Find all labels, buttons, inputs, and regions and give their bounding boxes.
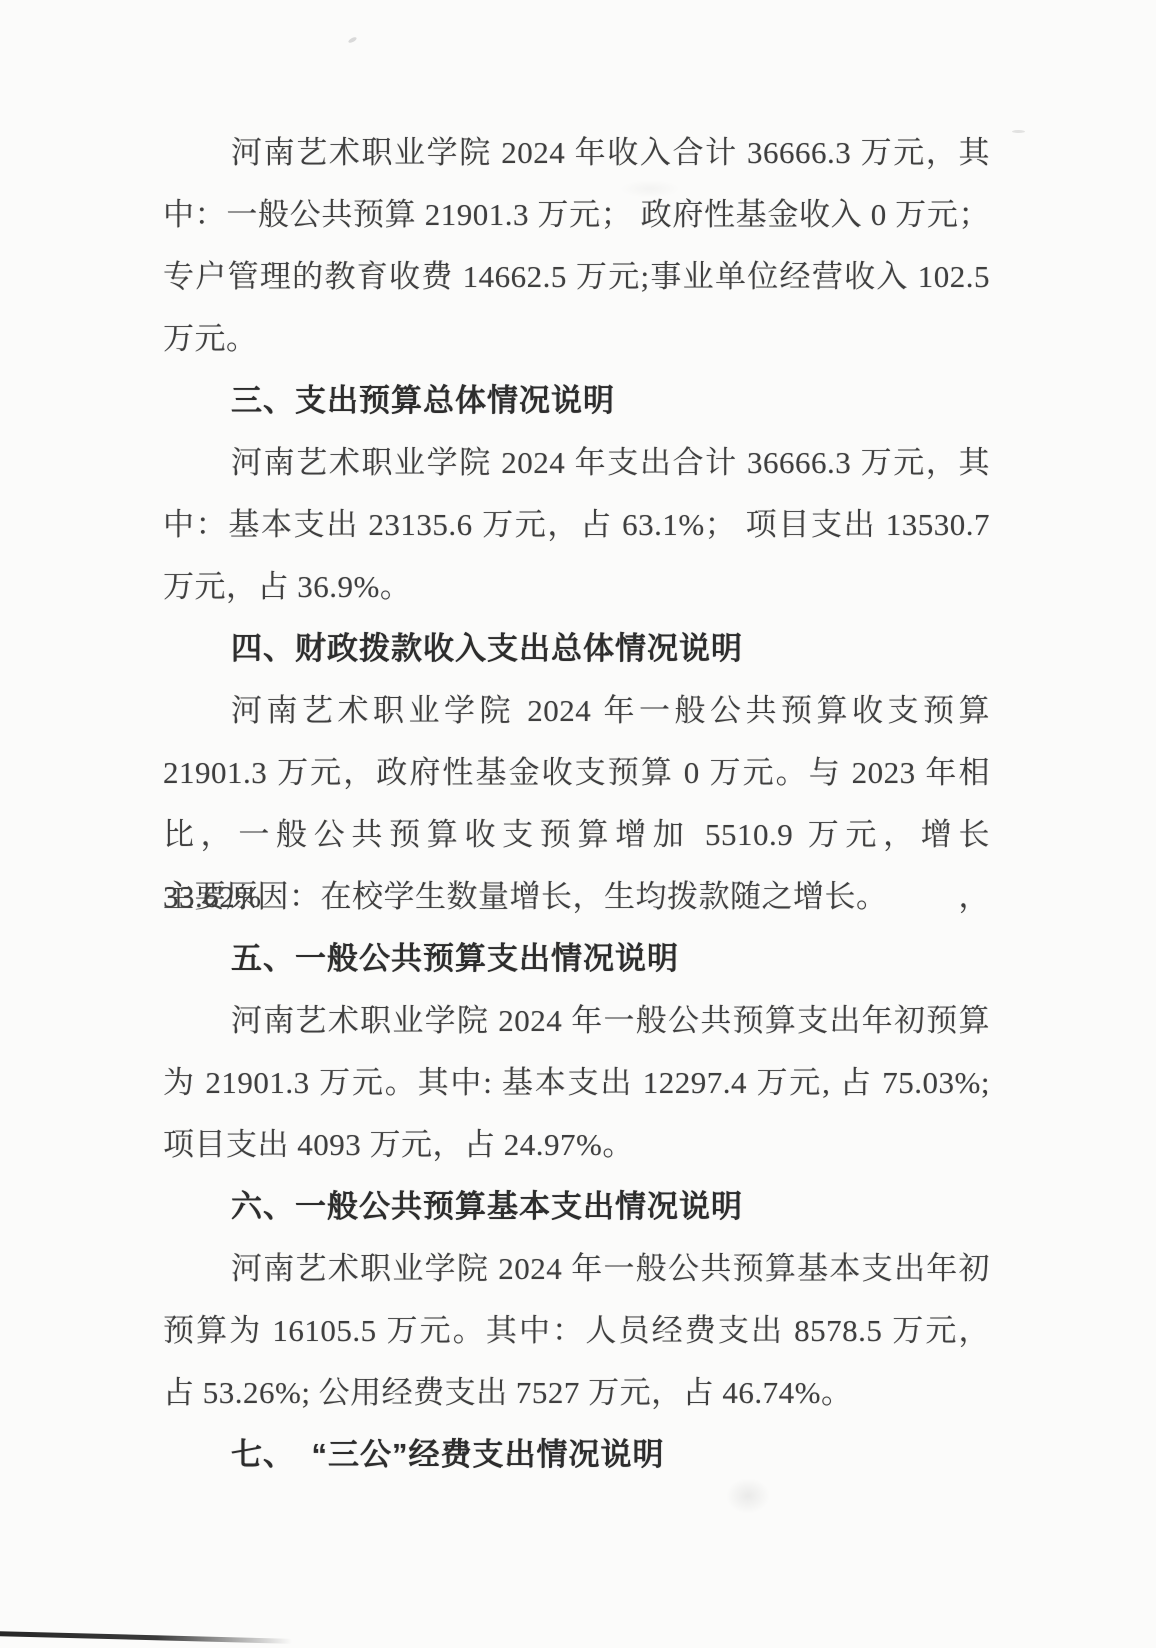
- body-text-line: 中：一般公共预算 21901.3 万元； 政府性基金收入 0 万元；: [163, 184, 990, 246]
- document-text-block: 河南艺术职业学院 2024 年收入合计 36666.3 万元，其中：一般公共预算…: [163, 122, 990, 1486]
- body-text-line: 万元。: [163, 308, 990, 370]
- body-text-line: 比，一般公共预算收支预算增加 5510.9 万元，增长 33.62%，: [163, 804, 990, 866]
- section-heading: 五、一般公共预算支出情况说明: [163, 928, 990, 990]
- body-text-line: 21901.3 万元，政府性基金收支预算 0 万元。与 2023 年相: [163, 742, 990, 804]
- scan-speck: [1012, 130, 1025, 133]
- body-text-line: 预算为 16105.5 万元。其中：人员经费支出 8578.5 万元，: [163, 1300, 990, 1362]
- scan-speck: [348, 36, 358, 44]
- body-text-line: 河南艺术职业学院 2024 年一般公共预算收支预算: [163, 680, 990, 742]
- scanned-budget-document-page: 河南艺术职业学院 2024 年收入合计 36666.3 万元，其中：一般公共预算…: [0, 0, 1156, 1648]
- body-text-line: 河南艺术职业学院 2024 年一般公共预算基本支出年初: [163, 1238, 990, 1300]
- section-heading: 三、支出预算总体情况说明: [163, 370, 990, 432]
- body-text-line: 专户管理的教育收费 14662.5 万元;事业单位经营收入 102.5: [163, 246, 990, 308]
- body-text-line: 万元，占 36.9%。: [163, 556, 990, 618]
- body-text-line: 占 53.26%; 公用经费支出 7527 万元，占 46.74%。: [163, 1362, 990, 1424]
- body-text-line: 河南艺术职业学院 2024 年一般公共预算支出年初预算: [163, 990, 990, 1052]
- section-heading: 六、一般公共预算基本支出情况说明: [163, 1176, 990, 1238]
- body-text-line: 河南艺术职业学院 2024 年收入合计 36666.3 万元，其: [163, 122, 990, 184]
- section-heading: 四、财政拨款收入支出总体情况说明: [163, 618, 990, 680]
- scan-edge-artifact: [0, 1631, 292, 1644]
- body-text-line: 中：基本支出 23135.6 万元，占 63.1%； 项目支出 13530.7: [163, 494, 990, 556]
- body-text-line: 为 21901.3 万元。其中: 基本支出 12297.4 万元, 占 75.0…: [163, 1052, 990, 1114]
- section-heading: 七、 “三公”经费支出情况说明: [163, 1424, 990, 1486]
- body-text-line: 项目支出 4093 万元，占 24.97%。: [163, 1114, 990, 1176]
- body-text-line: 河南艺术职业学院 2024 年支出合计 36666.3 万元，其: [163, 432, 990, 494]
- body-text-line: 主要原因：在校学生数量增长，生均拨款随之增长。: [163, 866, 990, 928]
